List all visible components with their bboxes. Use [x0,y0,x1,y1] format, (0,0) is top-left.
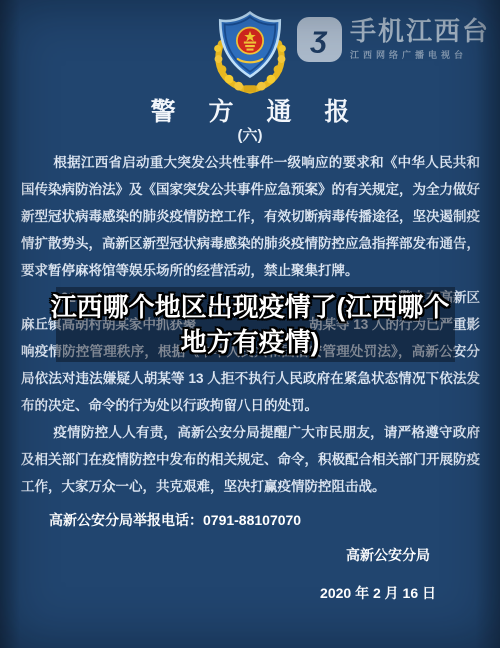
watermark-subtitle: 江西网络广播电视台 [350,48,490,61]
police-badge-icon [206,10,294,99]
paragraph-1: 根据江西省启动重大突发公共性事件一级响应的要求和《中华人民共和国传染病防治法》及… [21,149,480,284]
overlay-headline: 江西哪个地区出现疫情了(江西哪个 地方有疫情) [40,290,460,360]
notice-body: 根据江西省启动重大突发公共性事件一级响应的要求和《中华人民共和国传染病防治法》及… [21,149,480,607]
notice-issue-number: (六) [0,124,500,145]
issuing-authority: 高新公安分局 [21,542,480,569]
broadcaster-watermark: ʒ 手机江西台 江西网络广播电视台 [297,17,490,62]
notice-title: 警 方 通 报 [0,92,500,128]
report-hotline: 高新公安分局举报电话：0791-88107070 [21,507,480,534]
jxtv-logo-glyph: ʒ [312,23,328,53]
watermark-brand: 手机江西台 [350,17,490,45]
overlay-headline-line2: 地方有疫情) [40,325,460,360]
jxtv-logo-icon: ʒ [297,17,342,62]
paragraph-3: 疫情防控人人有责，高新公安分局提醒广大市民朋友，请严格遵守政府及相关部门在疫情防… [21,419,480,500]
notice-date: 2020 年 2 月 16 日 [21,580,480,607]
jxtv-logo-text: 手机江西台 江西网络广播电视台 [350,17,490,61]
police-notice-poster: ʒ 手机江西台 江西网络广播电视台 警 方 通 报 (六) 根据江西省启动重大突… [0,0,500,648]
overlay-headline-line1: 江西哪个地区出现疫情了(江西哪个 [40,290,460,325]
